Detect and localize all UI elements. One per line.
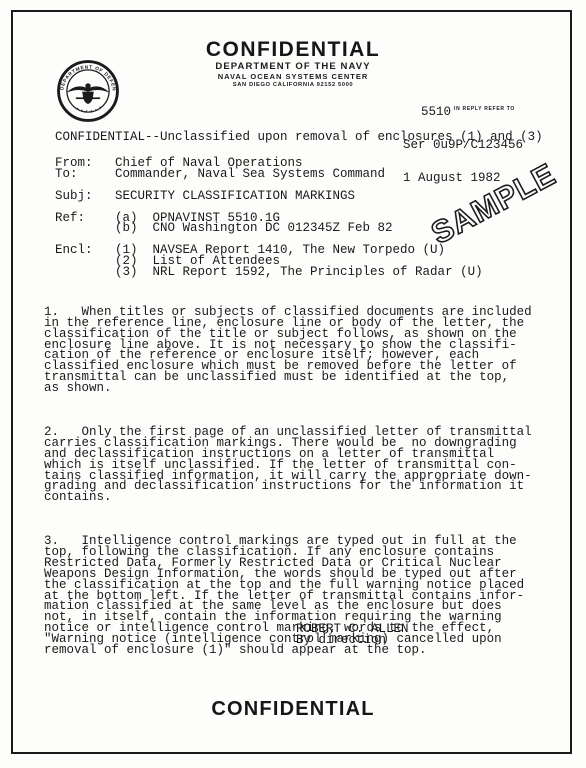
classification-caveat-line: CONFIDENTIAL--Unclassified upon removal … (55, 132, 543, 143)
in-reply-refer-to-label: IN REPLY REFER TO (454, 106, 515, 112)
letter-body: 1. When titles or subjects of classified… (44, 285, 532, 689)
address-block: From: Chief of Naval Operations To: Comm… (55, 158, 483, 278)
reply-ssic-line: 5510IN REPLY REFER TO (403, 104, 523, 118)
scanned-letter-page: CONFIDENTIAL DEPARTMENT OF DEFENSE * * *… (0, 0, 586, 768)
letterhead-department: DEPARTMENT OF THE NAVY (0, 61, 586, 72)
paragraph-3: 3. Intelligence control markings are typ… (44, 536, 532, 656)
letterhead-activity: NAVAL OCEAN SYSTEMS CENTER (0, 72, 586, 81)
ssic-number: 5510 (421, 105, 451, 119)
svg-text:* * * * * *: * * * * * * (76, 105, 104, 114)
paragraph-1: 1. When titles or subjects of classified… (44, 307, 532, 394)
signature-block: ROBERT C. ALLEN By direction (296, 624, 409, 646)
classification-banner-bottom: CONFIDENTIAL (0, 698, 586, 721)
paragraph-2: 2. Only the first page of an unclassifie… (44, 427, 532, 503)
